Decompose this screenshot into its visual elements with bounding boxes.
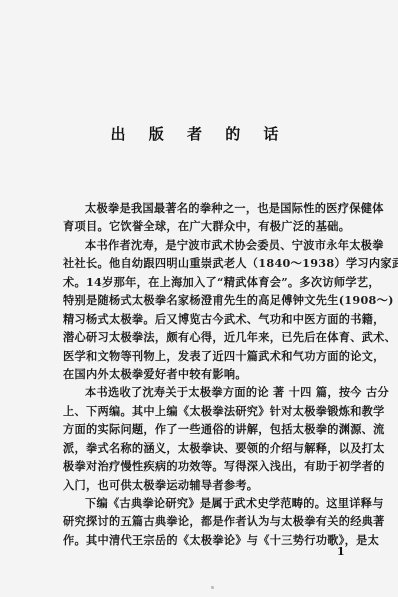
text-line: 精习杨式太极拳。后又博览古今武术、气功和中医方面的书籍， xyxy=(63,310,375,328)
text-line: 在国内外太极拳爱好者中较有影响。 xyxy=(63,365,375,383)
body-text: 太极拳是我国最著名的拳种之一，也是国际性的医疗保健体 育项目。它饮誉全球，在广大… xyxy=(63,199,375,549)
book-page: 出 版 者 的 话 太极拳是我国最著名的拳种之一，也是国际性的医疗保健体 育项目… xyxy=(0,0,398,597)
page-title: 出 版 者 的 话 xyxy=(0,123,398,144)
text-line: 入门，也可供太极拳运动辅导者参考。 xyxy=(63,476,375,494)
text-line: 育项目。它饮誉全球，在广大群众中，有极广泛的基础。 xyxy=(63,217,375,235)
text-line: 医学和文物等刊物上，发表了近四十篇武术和气功方面的论文， xyxy=(63,347,375,365)
text-line: 特别是随杨式太极拳名家杨澄甫先生的高足傅钟文先生(1908～) xyxy=(63,291,375,309)
text-line: 上、下两编。其中上编《太极拳法研究》针对太极拳锻炼和教学 xyxy=(63,402,375,420)
text-line: 术。14岁那年，在上海加入了“精武体育会”。多次访师学艺， xyxy=(63,273,375,291)
text-line: 本书选收了沈寿关于太极拳方面的论 著 十四 篇，按今 古分 xyxy=(63,383,375,401)
text-line: 本书作者沈寿，是宁波市武术协会委员、宁波市永年太极拳 xyxy=(63,236,375,254)
page-number: 1 xyxy=(337,545,345,558)
text-line: 太极拳是我国最著名的拳种之一，也是国际性的医疗保健体 xyxy=(63,199,375,217)
text-line: 作。其中清代王宗岳的《太极拳论》与《十三势行功歌》，是太 xyxy=(63,531,375,549)
text-line: 社社长。他自幼跟四明山重崇武老人（1840～1938）学习内家武 xyxy=(63,254,375,272)
scan-speck xyxy=(211,586,214,589)
text-line: 下编《古典拳论研究》是属于武术史学范畴的。这里详释与 xyxy=(63,494,375,512)
text-line: 研究探讨的五篇古典拳论，都是作者认为与太极拳有关的经典著 xyxy=(63,512,375,530)
text-line: 方面的实际问题，作了一些通俗的讲解，包括太极拳的渊源、流 xyxy=(63,420,375,438)
text-line: 潜心研习太极拳法，颇有心得，近几年来，已先后在体育、武术、 xyxy=(63,328,375,346)
text-line: 极拳对治疗慢性疾病的功效等。写得深入浅出，有助于初学者的 xyxy=(63,457,375,475)
text-line: 派，拳式名称的涵义，太极拳诀、要领的介绍与解释，以及打太 xyxy=(63,439,375,457)
